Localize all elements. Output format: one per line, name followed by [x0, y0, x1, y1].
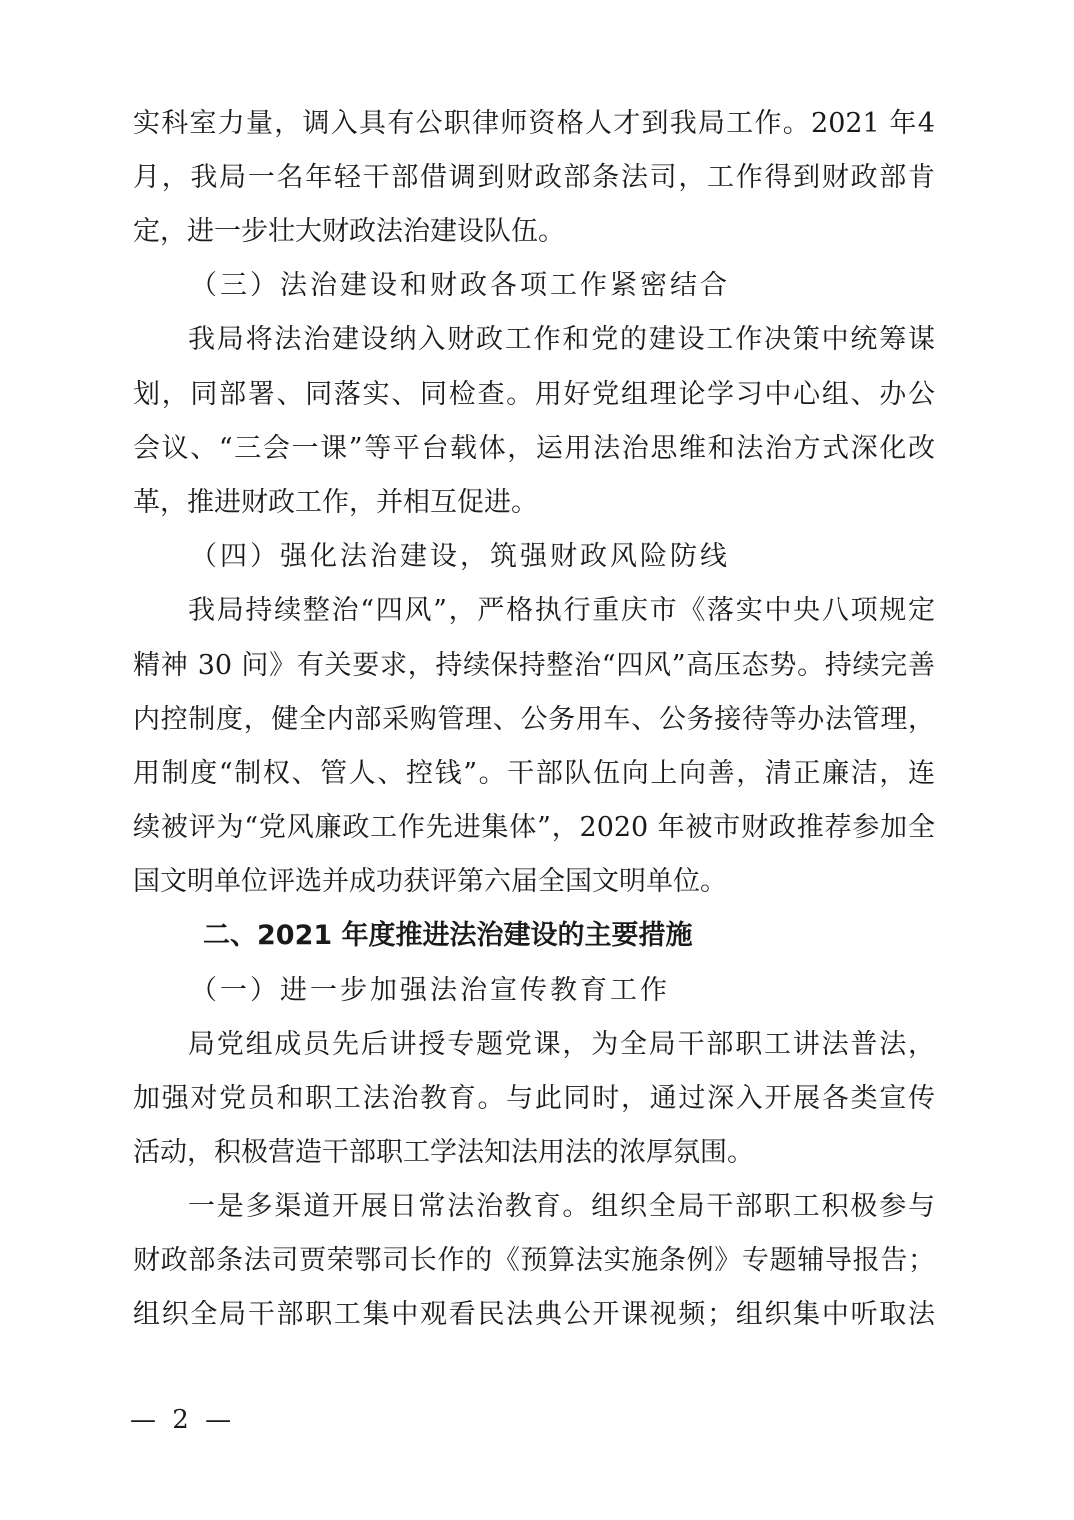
section-heading-2: 二、2021 年度推进法治建设的主要措施 [203, 916, 693, 956]
body-line: 精神 30 问》有关要求，持续保持整治“四风”高压态势。持续完善 [133, 646, 935, 686]
body-line: 国文明单位评选并成功获评第六届全国文明单位。 [133, 862, 935, 902]
document-page: 实科室力量，调入具有公职律师资格人才到我局工作。2021 年4 月，我局一名年轻… [0, 0, 1074, 1520]
section-subheading-3: （三）法治建设和财政各项工作紧密结合 [190, 266, 730, 306]
body-line: 组织全局干部职工集中观看民法典公开课视频；组织集中听取法 [133, 1295, 935, 1335]
body-line: 续被评为“党风廉政工作先进集体”，2020 年被市财政推荐参加全 [133, 808, 935, 848]
body-line: 活动，积极营造干部职工学法知法用法的浓厚氛围。 [133, 1133, 935, 1173]
body-line: 用制度“制权、管人、控钱”。干部队伍向上向善，清正廉洁，连 [133, 754, 935, 794]
body-line: 财政部条法司贾荣鄂司长作的《预算法实施条例》专题辅导报告； [133, 1241, 935, 1281]
body-line: 会议、“三会一课”等平台载体，运用法治思维和法治方式深化改 [133, 429, 935, 469]
section-subheading-1: （一）进一步加强法治宣传教育工作 [190, 971, 670, 1011]
page-number: — 2 — [130, 1402, 235, 1438]
paragraph-first-line: 一是多渠道开展日常法治教育。组织全局干部职工积极参与 [188, 1187, 935, 1227]
section-subheading-4: （四）强化法治建设，筑强财政风险防线 [190, 537, 730, 577]
body-line: 月，我局一名年轻干部借调到财政部条法司，工作得到财政部肯 [133, 158, 935, 198]
body-line: 实科室力量，调入具有公职律师资格人才到我局工作。2021 年4 [133, 104, 935, 144]
paragraph-first-line: 局党组成员先后讲授专题党课，为全局干部职工讲法普法， [188, 1025, 935, 1065]
paragraph-first-line: 我局将法治建设纳入财政工作和党的建设工作决策中统筹谋 [188, 320, 935, 360]
body-line: 划，同部署、同落实、同检查。用好党组理论学习中心组、办公 [133, 375, 935, 415]
body-line: 革，推进财政工作，并相互促进。 [133, 483, 935, 523]
paragraph-first-line: 我局持续整治“四风”，严格执行重庆市《落实中央八项规定 [188, 591, 935, 631]
body-line: 加强对党员和职工法治教育。与此同时，通过深入开展各类宣传 [133, 1079, 935, 1119]
body-line: 定，进一步壮大财政法治建设队伍。 [133, 212, 935, 252]
body-line: 内控制度，健全内部采购管理、公务用车、公务接待等办法管理， [133, 700, 935, 740]
